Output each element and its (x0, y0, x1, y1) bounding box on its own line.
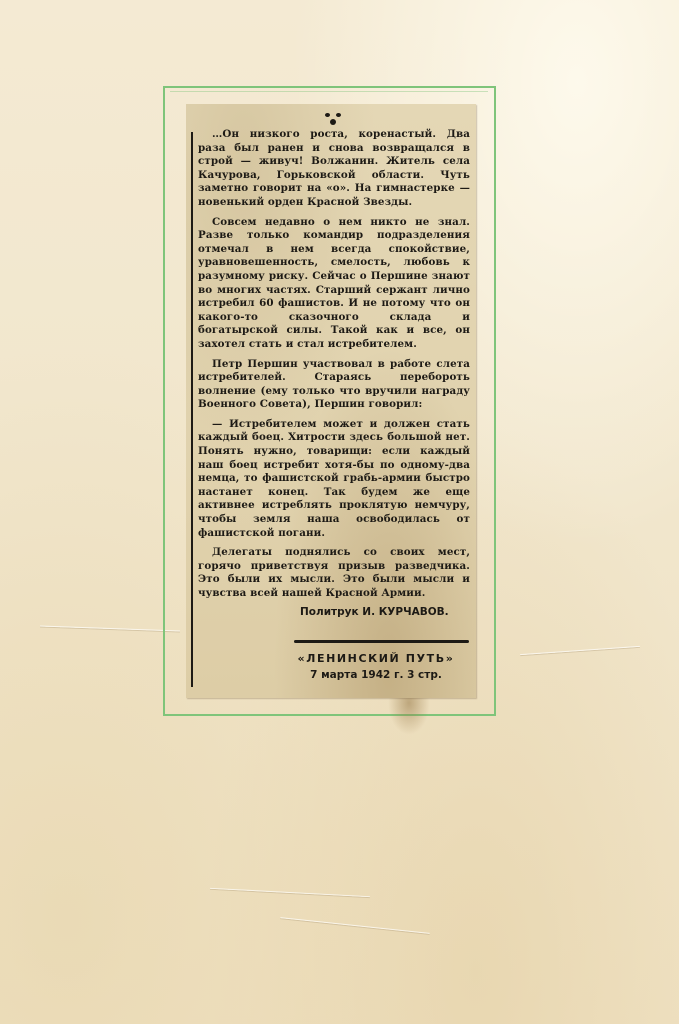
newspaper-clipping: …Он низкого роста, коренастый. Два раза … (186, 104, 476, 698)
article-paragraph: Совсем недавно о нем никто не знал. Разв… (198, 216, 470, 352)
article-paragraph: — Истребителем может и должен стать кажд… (198, 418, 470, 540)
glue-stain (388, 695, 430, 735)
article-paragraph: Петр Першин участвовал в работе слета ис… (198, 358, 470, 412)
publication-date: 7 марта 1942 г. 3 стр. (286, 669, 466, 681)
article-paragraph: Делегаты поднялись со своих мест, горячо… (198, 546, 470, 600)
newspaper-name: «ЛЕНИНСКИЙ ПУТЬ» (286, 652, 466, 665)
source-divider (294, 640, 469, 643)
column-rule (191, 132, 193, 687)
article-paragraph: …Он низкого роста, коренастый. Два раза … (198, 128, 470, 210)
frame-inner-line (170, 91, 488, 92)
article-body: …Он низкого роста, коренастый. Два раза … (198, 128, 470, 607)
author-signature: Политрук И. КУРЧАВОВ. (300, 606, 449, 618)
three-dot-ornament-icon (324, 112, 344, 126)
album-page: …Он низкого роста, коренастый. Два раза … (0, 0, 679, 1024)
